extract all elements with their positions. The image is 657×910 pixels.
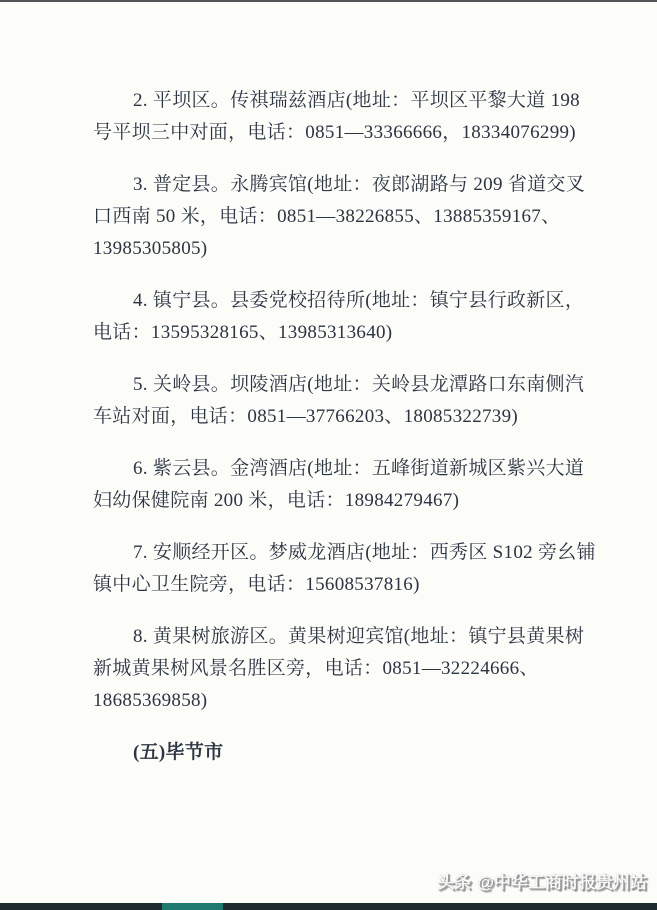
paragraph-line: 5. 关岭县。坝陵酒店(地址：关岭县龙潭路口东南侧汽 [93, 369, 567, 401]
paragraph-line: 妇幼保健院南 200 米，电话：18984279467) [93, 485, 567, 517]
paragraph-line: 电话：13595328165、13985313640) [93, 317, 567, 349]
paragraph-line: 车站对面，电话：0851—37766203、18085322739) [93, 401, 567, 433]
document-page: 2. 平坝区。传祺瑞兹酒店(地址：平坝区平黎大道 198号平坝三中对面，电话：0… [0, 0, 657, 910]
paragraph-line: 新城黄果树风景名胜区旁，电话：0851—32224666、 [93, 653, 567, 685]
bottom-bar-accent [162, 903, 223, 910]
toutiao-watermark: 头条@中华工商时报贵州站 [437, 871, 647, 895]
paragraph-line: 3. 普定县。永腾宾馆(地址：夜郎湖路与 209 省道交叉 [93, 169, 567, 201]
list-item-paragraph: 2. 平坝区。传祺瑞兹酒店(地址：平坝区平黎大道 198号平坝三中对面，电话：0… [93, 85, 567, 149]
top-divider [0, 0, 657, 2]
paragraph-line: 口西南 50 米，电话：0851—38226855、13885359167、 [93, 201, 567, 233]
paragraph-line: 4. 镇宁县。县委党校招待所(地址：镇宁县行政新区， [93, 285, 567, 317]
paragraph-line: (五)毕节市 [93, 737, 567, 769]
list-item-paragraph: 6. 紫云县。金湾酒店(地址：五峰街道新城区紫兴大道妇幼保健院南 200 米，电… [93, 453, 567, 517]
paragraph-line: 2. 平坝区。传祺瑞兹酒店(地址：平坝区平黎大道 198 [93, 85, 567, 117]
paragraph-line: 8. 黄果树旅游区。黄果树迎宾馆(地址：镇宁县黄果树 [93, 621, 567, 653]
paragraph-line: 13985305805) [93, 233, 567, 265]
toutiao-logo-text: 头条 [437, 873, 471, 892]
list-item-paragraph: 3. 普定县。永腾宾馆(地址：夜郎湖路与 209 省道交叉口西南 50 米，电话… [93, 169, 567, 265]
document-body: 2. 平坝区。传祺瑞兹酒店(地址：平坝区平黎大道 198号平坝三中对面，电话：0… [93, 85, 567, 789]
bottom-bar [0, 903, 657, 910]
paragraph-line: 18685369858) [93, 685, 567, 717]
list-item-paragraph: 8. 黄果树旅游区。黄果树迎宾馆(地址：镇宁县黄果树新城黄果树风景名胜区旁，电话… [93, 621, 567, 717]
list-item-paragraph: 5. 关岭县。坝陵酒店(地址：关岭县龙潭路口东南侧汽车站对面，电话：0851—3… [93, 369, 567, 433]
paragraph-line: 镇中心卫生院旁，电话：15608537816) [93, 569, 567, 601]
list-item-paragraph: 4. 镇宁县。县委党校招待所(地址：镇宁县行政新区，电话：13595328165… [93, 285, 567, 349]
section-heading: (五)毕节市 [93, 737, 567, 769]
list-item-paragraph: 7. 安顺经开区。梦威龙酒店(地址：西秀区 S102 旁幺铺镇中心卫生院旁，电话… [93, 537, 567, 601]
watermark-account: @中华工商时报贵州站 [477, 873, 647, 892]
paragraph-line: 7. 安顺经开区。梦威龙酒店(地址：西秀区 S102 旁幺铺 [93, 537, 567, 569]
paragraph-line: 号平坝三中对面，电话：0851—33366666，18334076299) [93, 117, 567, 149]
paragraph-line: 6. 紫云县。金湾酒店(地址：五峰街道新城区紫兴大道 [93, 453, 567, 485]
